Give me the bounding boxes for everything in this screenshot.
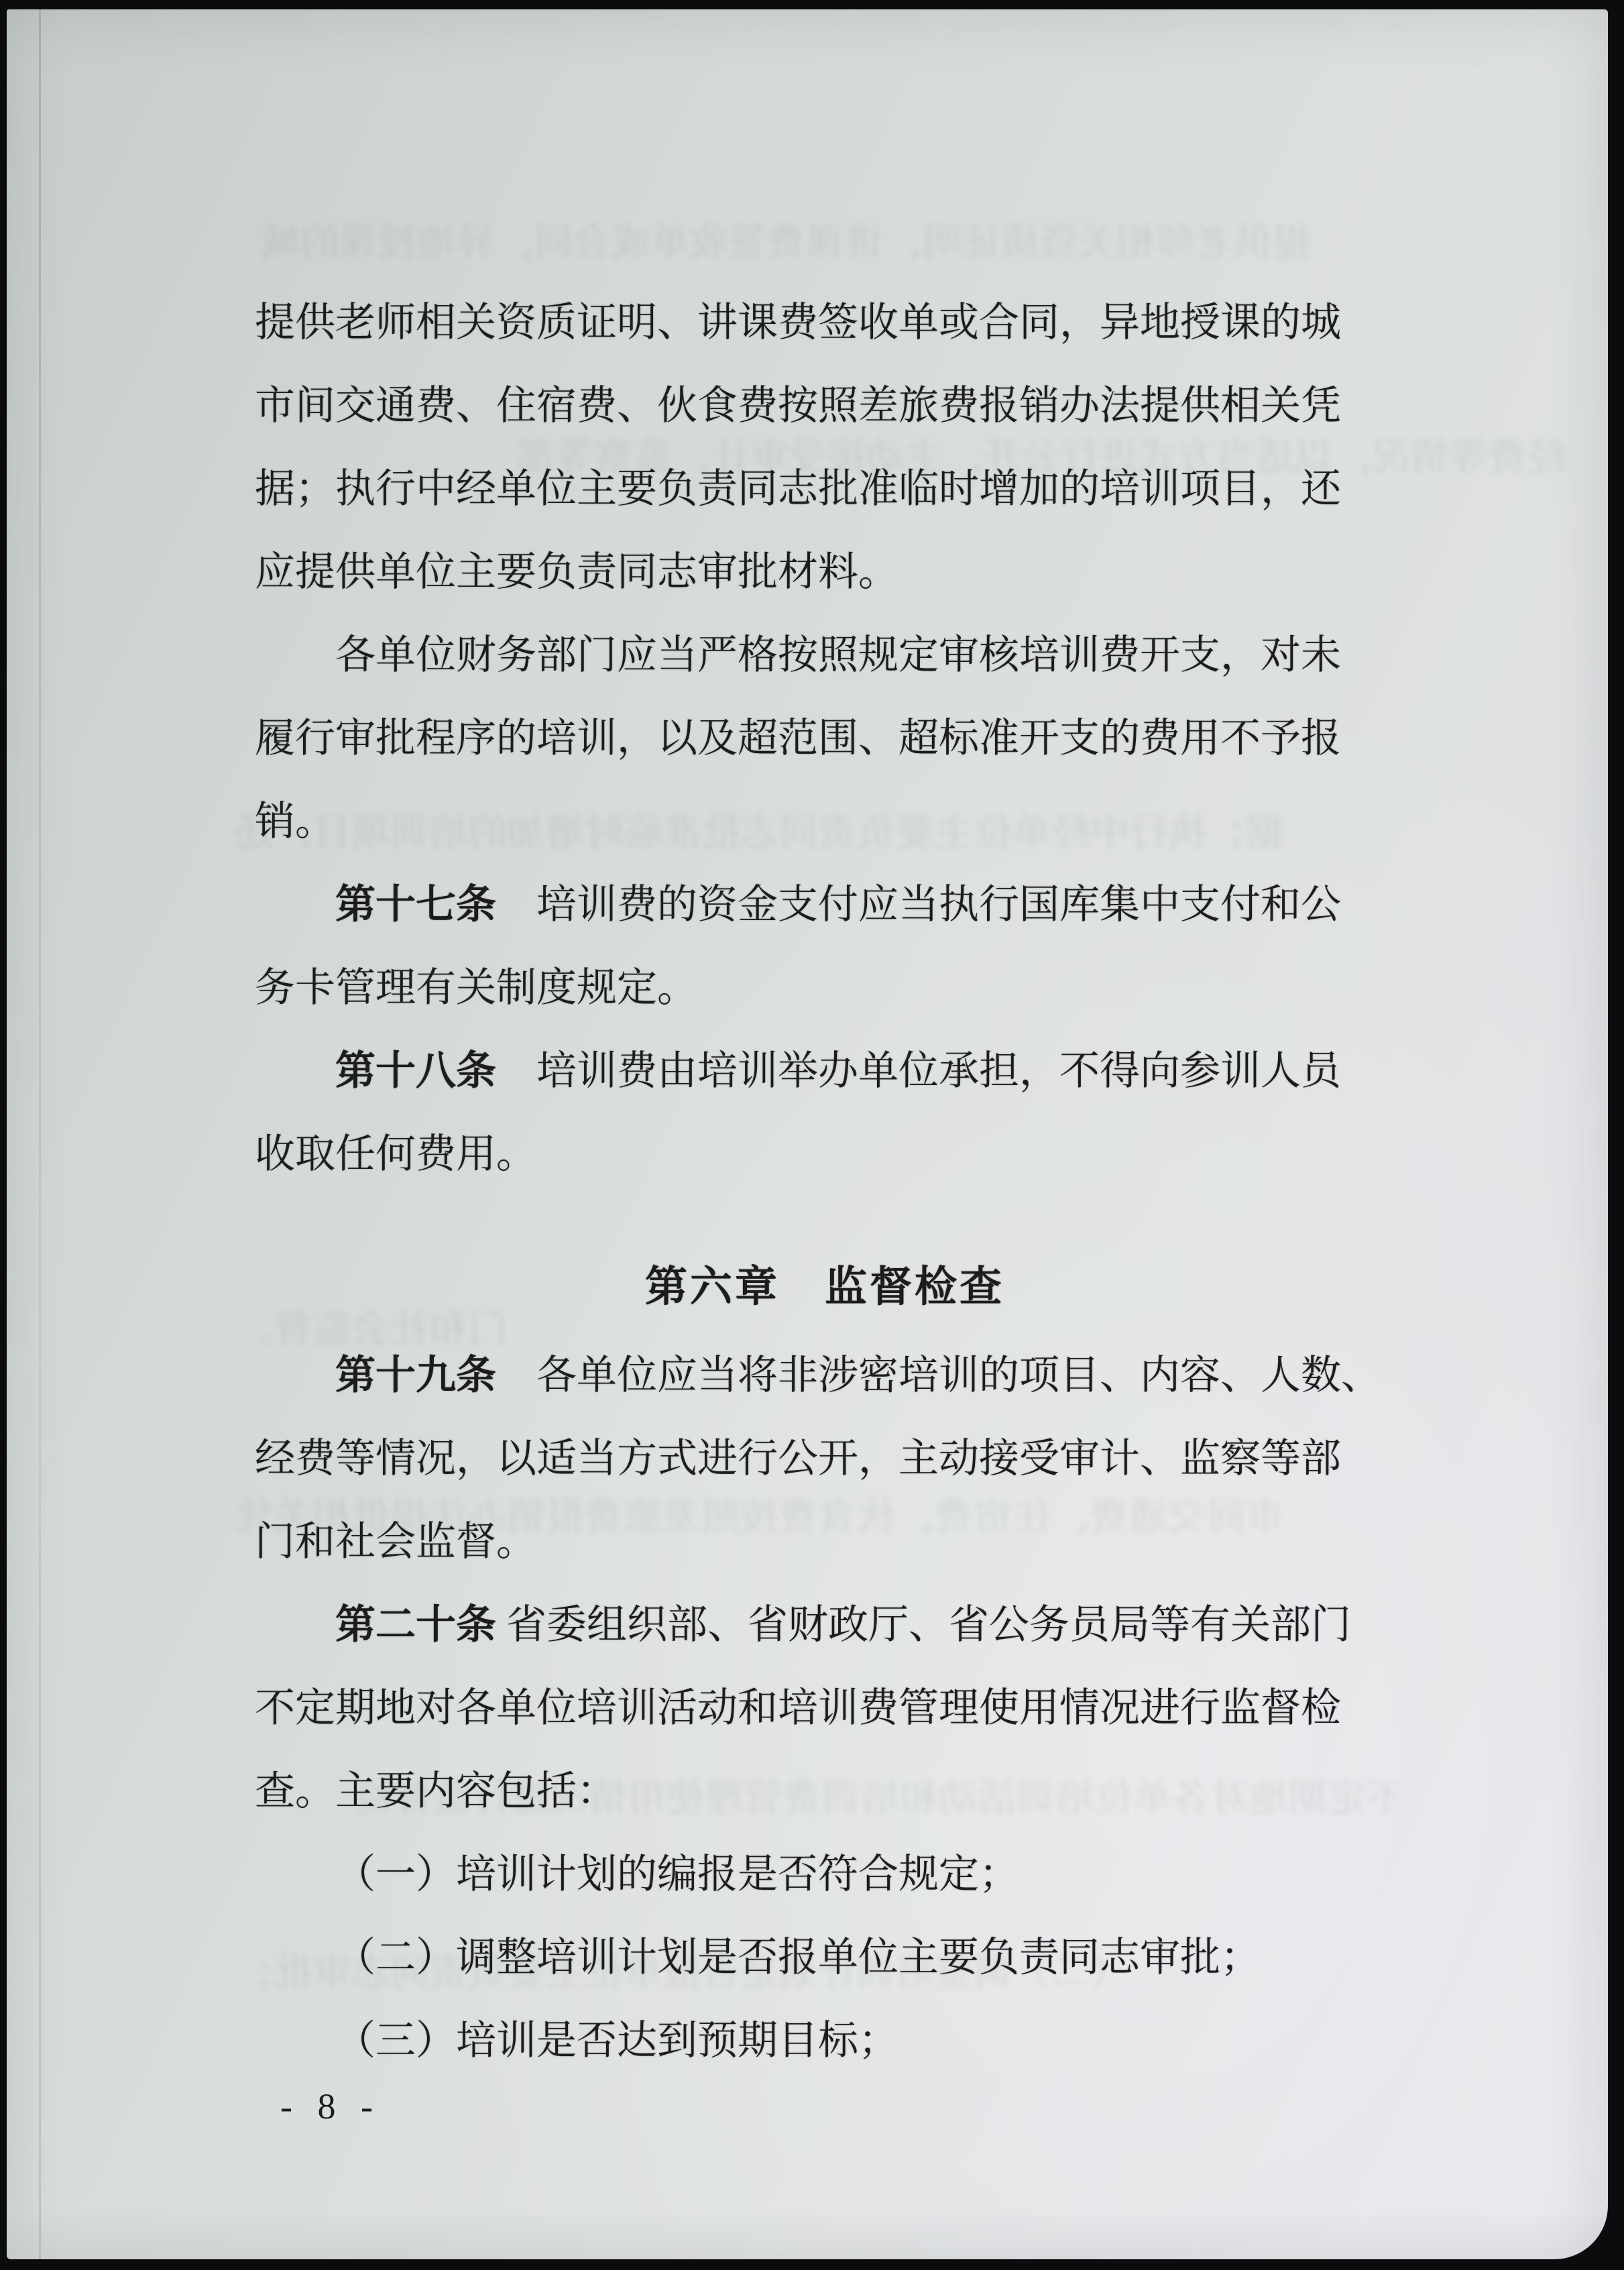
article-line: 第二十条 省委组织部、省财政厅、省公务员局等有关部门 [255,1583,1395,1666]
article-line: 第十九条 各单位应当将非涉密培训的项目、内容、人数、 [255,1334,1395,1417]
body-text: 各单位财务部门应当严格按照规定审核培训费开支，对未 [335,633,1341,677]
list-item: （一）培训计划的编报是否符合规定； [255,1833,1395,1916]
document-page: 提供老师相关资质证明、讲课费签收单或合同，异地授课的城 经费等情况，以适当方式进… [7,9,1608,2259]
chapter-heading: 第六章 监督检查 [255,1245,1395,1328]
body-text: 查。主要内容包括： [255,1769,617,1813]
body-text: 省委组织部、省财政厅、省公务员局等有关部门 [496,1603,1351,1647]
body-text: 销。 [255,799,335,844]
body-line: 据；执行中经单位主要负责同志批准临时增加的培训项目，还 [255,447,1395,530]
body-text: 门和社会监督。 [255,1520,536,1564]
paper-crease [39,9,41,2259]
body-text: 务卡管理有关制度规定。 [255,966,697,1010]
body-line: 务卡管理有关制度规定。 [255,946,1395,1029]
body-text: 各单位应当将非涉密培训的项目、内容、人数、 [496,1353,1381,1398]
body-text: 据；执行中经单位主要负责同志批准临时增加的培训项目，还 [255,467,1341,511]
body-line: 收取任何费用。 [255,1113,1395,1196]
body-text: 提供老师相关资质证明、讲课费签收单或合同，异地授课的城 [255,300,1341,345]
body-text: 经费等情况，以适当方式进行公开，主动接受审计、监察等部 [255,1436,1341,1481]
body-text: （一）培训计划的编报是否符合规定； [335,1852,1019,1896]
body-text: 履行审批程序的培训，以及超范围、超标准开支的费用不予报 [255,716,1341,760]
article-number: 第十七条 [335,883,496,927]
article-number: 第二十条 [335,1603,496,1647]
body-text: （二）调整培训计划是否报单位主要负责同志审批； [335,1935,1261,1980]
body-text: 收取任何费用。 [255,1132,536,1176]
scanned-photo-background: 提供老师相关资质证明、讲课费签收单或合同，异地授课的城 经费等情况，以适当方式进… [0,0,1624,2270]
list-item: （三）培训是否达到预期目标； [255,1999,1395,2082]
bleed-through-line: 提供老师相关资质证明、讲课费签收单或合同，异地授课的城 [262,211,1312,267]
body-line: 门和社会监督。 [255,1500,1395,1583]
body-text: 培训费由培训举办单位承担，不得向参训人员 [496,1049,1341,1093]
body-line: 销。 [255,780,1395,863]
body-line: 提供老师相关资质证明、讲课费签收单或合同，异地授课的城 [255,281,1395,364]
body-line: 履行审批程序的培训，以及超范围、超标准开支的费用不予报 [255,697,1395,780]
article-line: 第十七条 培训费的资金支付应当执行国库集中支付和公 [255,863,1395,946]
body-text: 不定期地对各单位培训活动和培训费管理使用情况进行监督检 [255,1686,1341,1730]
body-text: 培训费的资金支付应当执行国库集中支付和公 [496,883,1341,927]
page-number: - 8 - [280,2086,381,2127]
body-text: 应提供单位主要负责同志审批材料。 [255,550,898,594]
body-line: 查。主要内容包括： [255,1750,1395,1833]
body-line: 市间交通费、住宿费、伙食费按照差旅费报销办法提供相关凭 [255,364,1395,447]
document-text-block: 提供老师相关资质证明、讲课费签收单或合同，异地授课的城 市间交通费、住宿费、伙食… [255,281,1395,2082]
body-line: 各单位财务部门应当严格按照规定审核培训费开支，对未 [255,614,1395,697]
article-number: 第十八条 [335,1049,496,1093]
body-line: 应提供单位主要负责同志审批材料。 [255,530,1395,614]
list-item: （二）调整培训计划是否报单位主要负责同志审批； [255,1916,1395,1999]
article-line: 第十八条 培训费由培训举办单位承担，不得向参训人员 [255,1029,1395,1113]
body-text: （三）培训是否达到预期目标； [335,2019,898,2063]
article-number: 第十九条 [335,1353,496,1398]
body-line: 经费等情况，以适当方式进行公开，主动接受审计、监察等部 [255,1417,1395,1500]
body-line: 不定期地对各单位培训活动和培训费管理使用情况进行监督检 [255,1666,1395,1750]
body-text: 市间交通费、住宿费、伙食费按照差旅费报销办法提供相关凭 [255,384,1341,428]
